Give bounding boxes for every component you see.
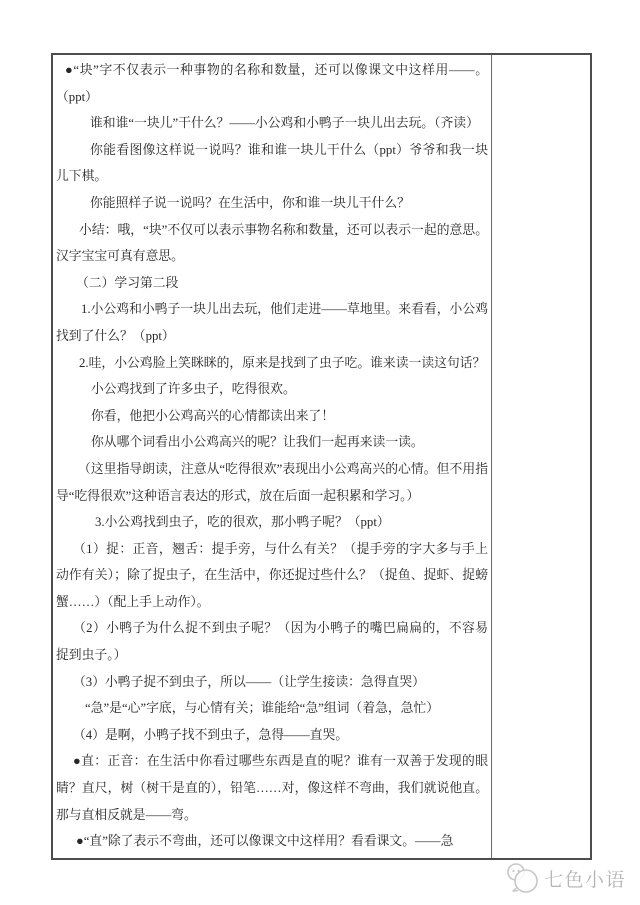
notes-column-cell — [492, 55, 590, 858]
paragraph: 谁和谁“一块儿”干什么？——小公鸡和小鸭子一块儿出去玩。（齐读） — [56, 110, 488, 137]
lesson-content-cell: ●“块”字不仅表示一种事物的名称和数量，还可以像课文中这样用——。（ppt）谁和… — [53, 55, 492, 858]
paragraph: （二）学习第二段 — [56, 270, 488, 297]
paragraph: ●“块”字不仅表示一种事物的名称和数量，还可以像课文中这样用——。（ppt） — [56, 57, 488, 110]
paragraph: 小公鸡找到了许多虫子，吃得很欢。 — [56, 376, 488, 403]
paragraph: 1.小公鸡和小鸭子一块儿出去玩，他们走进——草地里。来看看，小公鸡找到了什么？（… — [56, 296, 488, 349]
paragraph: （2）小鸭子为什么捉不到虫子呢？（因为小鸭子的嘴巴扁扁的，不容易捉到虫子。） — [56, 615, 488, 668]
paragraph: ●“直”除了表示不弯曲，还可以像课文中这样用？看看课文。——急 — [56, 828, 488, 855]
paragraph: ●直：正音：在生活中你看过哪些东西是直的呢？谁有一双善于发现的眼睛？直尺，树（树… — [56, 748, 488, 828]
paragraph: 2.哇，小公鸡脸上笑眯眯的，原来是找到了虫子吃。谁来读一读这句话？ — [56, 350, 488, 377]
watermark-label: 七色小语 — [544, 865, 626, 892]
lesson-plan-table: ●“块”字不仅表示一种事物的名称和数量，还可以像课文中这样用——。（ppt）谁和… — [51, 53, 592, 860]
paragraph: 你能照样子说一说吗？在生活中，你和谁一块儿干什么？ — [56, 190, 488, 217]
paragraph: 小结：哦，“块”不仅可以表示事物名称和数量，还可以表示一起的意思。汉字宝宝可真有… — [56, 217, 488, 270]
paragraph: （1）捉：正音，翘舌：提手旁，与什么有关？（提手旁的字大多与手上动作有关）；除了… — [56, 536, 488, 616]
paragraph: （3）小鸭子捉不到虫子，所以——（让学生接读：急得直哭） — [56, 669, 488, 696]
paragraph: 你看，他把小公鸡高兴的心情都读出来了！ — [56, 403, 488, 430]
chat-bubbles-icon — [504, 862, 540, 894]
document-page: ●“块”字不仅表示一种事物的名称和数量，还可以像课文中这样用——。（ppt）谁和… — [0, 0, 640, 905]
paragraph: 3.小公鸡找到虫子，吃的很欢，那小鸭子呢？（ppt） — [56, 509, 488, 536]
paragraph: （4）是啊，小鸭子找不到虫子，急得——直哭。 — [56, 722, 488, 749]
watermark: 七色小语 — [504, 860, 626, 896]
paragraph: 你能看图像这样说一说吗？谁和谁一块儿干什么（ppt）爷爷和我一块儿下棋。 — [56, 137, 488, 190]
paragraph: 你从哪个词看出小公鸡高兴的呢？让我们一起再来读一读。 — [56, 429, 488, 456]
paragraph: “急”是“心”字底，与心情有关；谁能给“急”组词（着急，急忙） — [56, 695, 488, 722]
paragraph: （这里指导朗读，注意从“吃得很欢”表现出小公鸡高兴的心情。但不用指导“吃得很欢”… — [56, 456, 488, 509]
